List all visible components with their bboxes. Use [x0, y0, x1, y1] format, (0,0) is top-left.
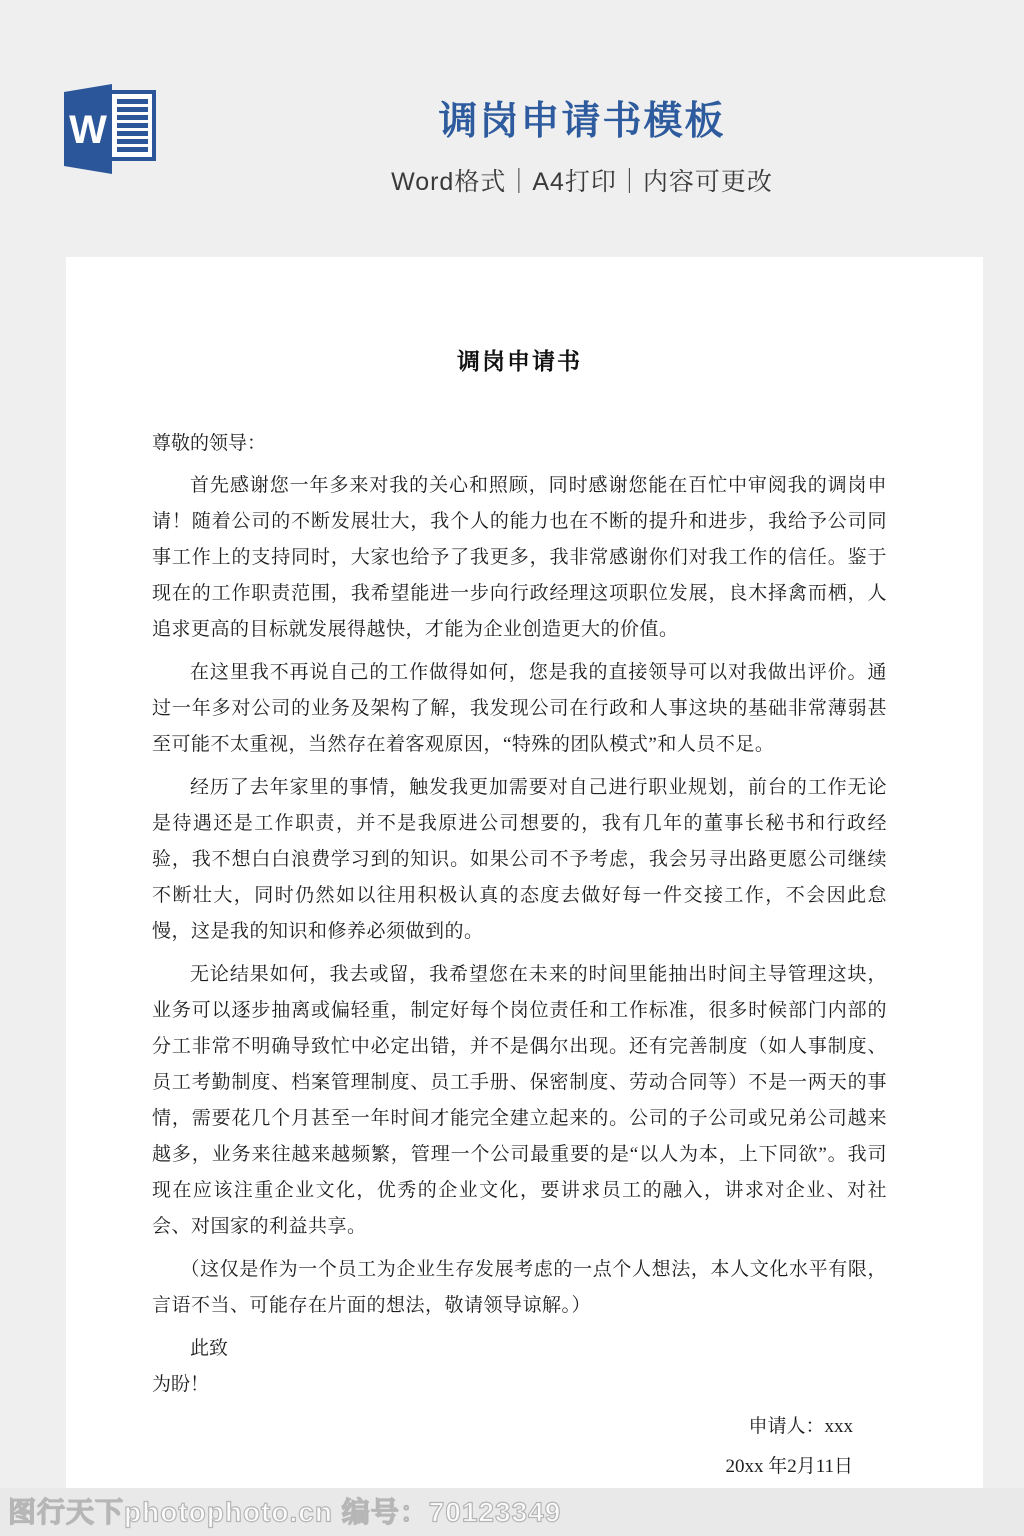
watermark-text: 图行天下photophoto.cn 编号：70123349	[8, 1490, 561, 1530]
canvas: { "header": { "title": "调岗申请书模板", "subti…	[0, 0, 1024, 1536]
signature-date: 20xx 年2月11日	[152, 1447, 853, 1487]
header-text-block: 调岗申请书模板 Word格式｜A4打印｜内容可更改	[150, 90, 1014, 198]
document-title: 调岗申请书	[152, 343, 887, 376]
closing-cizhi: 此致	[152, 1331, 887, 1367]
paragraph-1: 首先感谢您一年多来对我的关心和照顾，同时感谢您能在百忙中审阅我的调岗申请！随着公…	[152, 468, 887, 648]
template-header: W 调岗申请书模板 Word格式｜A4打印｜内容可更改	[0, 84, 1024, 214]
watermark-bar: 图行天下photophoto.cn 编号：70123349	[0, 1488, 1024, 1536]
paragraph-5: （这仅是作为一个员工为企业生存发展考虑的一点个人想法，本人文化水平有限，言语不当…	[152, 1252, 887, 1324]
word-icon-letter: W	[69, 108, 107, 152]
template-subtitle: Word格式｜A4打印｜内容可更改	[150, 162, 1014, 198]
paragraph-4: 无论结果如何，我去或留，我希望您在未来的时间里能抽出时间主导管理这块，业务可以逐…	[152, 957, 887, 1245]
word-logo-icon: W	[64, 84, 158, 174]
paragraph-2: 在这里我不再说自己的工作做得如何，您是我的直接领导可以对我做出评价。通过一年多对…	[152, 655, 887, 763]
paragraph-3: 经历了去年家里的事情，触发我更加需要对自己进行职业规划，前台的工作无论是待遇还是…	[152, 770, 887, 950]
salutation: 尊敬的领导：	[152, 426, 887, 462]
signature-block: 申请人：xxx 20xx 年2月11日	[152, 1407, 887, 1487]
closing-weipan: 为盼！	[152, 1367, 887, 1403]
signature-applicant: 申请人：xxx	[152, 1407, 853, 1447]
document-page: 调岗申请书 尊敬的领导： 首先感谢您一年多来对我的关心和照顾，同时感谢您能在百忙…	[66, 257, 983, 1488]
template-title: 调岗申请书模板	[150, 90, 1014, 146]
